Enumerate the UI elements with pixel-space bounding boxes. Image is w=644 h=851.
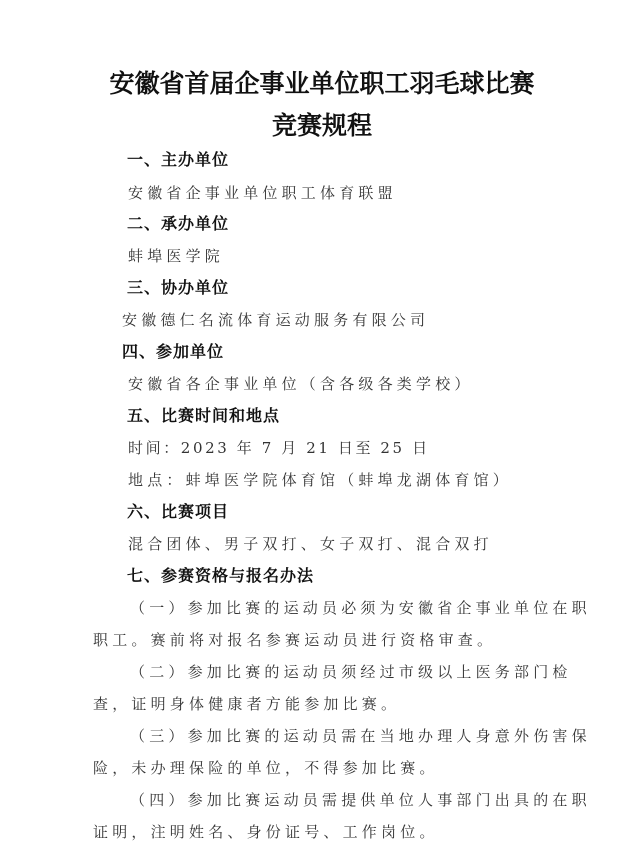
section-heading-co-organizer: 三、协办单位 <box>127 278 229 298</box>
section-heading-events: 六、比赛项目 <box>127 502 229 522</box>
eligibility-para-4-line2: 证明，注明姓名、身份证号、工作岗位。 <box>93 822 439 842</box>
section-text-events: 混合团体、男子双打、女子双打、混合双打 <box>128 534 493 554</box>
eligibility-para-2-line1: （二）参加比赛的运动员须经过市级以上医务部门检 <box>130 662 572 682</box>
section-text-participants: 安徽省各企事业单位（含各级各类学校） <box>128 374 474 394</box>
section-heading-eligibility: 七、参赛资格与报名办法 <box>127 566 314 586</box>
section-text-place: 地点：蚌埠医学院体育馆（蚌埠龙湖体育馆） <box>128 470 512 490</box>
section-text-host: 蚌埠医学院 <box>128 246 224 266</box>
section-heading-organizer: 一、主办单位 <box>127 150 229 170</box>
section-text-organizer: 安徽省企事业单位职工体育联盟 <box>128 183 397 203</box>
eligibility-para-1-line2: 职工。赛前将对报名参赛运动员进行资格审查。 <box>93 630 496 650</box>
section-heading-host: 二、承办单位 <box>127 214 229 234</box>
eligibility-para-1-line1: （一）参加比赛的运动员必须为安徽省企事业单位在职 <box>130 598 591 618</box>
eligibility-para-2-line2: 查，证明身体健康者方能参加比赛。 <box>93 694 400 714</box>
section-heading-time-place: 五、比赛时间和地点 <box>127 406 280 426</box>
section-heading-participants: 四、参加单位 <box>122 342 224 362</box>
eligibility-para-3-line2: 险，未办理保险的单位，不得参加比赛。 <box>93 758 439 778</box>
section-text-time: 时间：2023 年 7 月 21 日至 25 日 <box>128 438 430 458</box>
document-title-line1: 安徽省首届企事业单位职工羽毛球比赛 <box>0 64 644 100</box>
document-page: 安徽省首届企事业单位职工羽毛球比赛 竞赛规程 一、主办单位 安徽省企事业单位职工… <box>0 0 644 851</box>
document-title-line2: 竞赛规程 <box>0 106 644 142</box>
section-text-co-organizer: 安徽德仁名流体育运动服务有限公司 <box>122 310 429 330</box>
eligibility-para-3-line1: （三）参加比赛的运动员需在当地办理人身意外伤害保 <box>130 726 591 746</box>
eligibility-para-4-line1: （四）参加比赛运动员需提供单位人事部门出具的在职 <box>130 790 591 810</box>
